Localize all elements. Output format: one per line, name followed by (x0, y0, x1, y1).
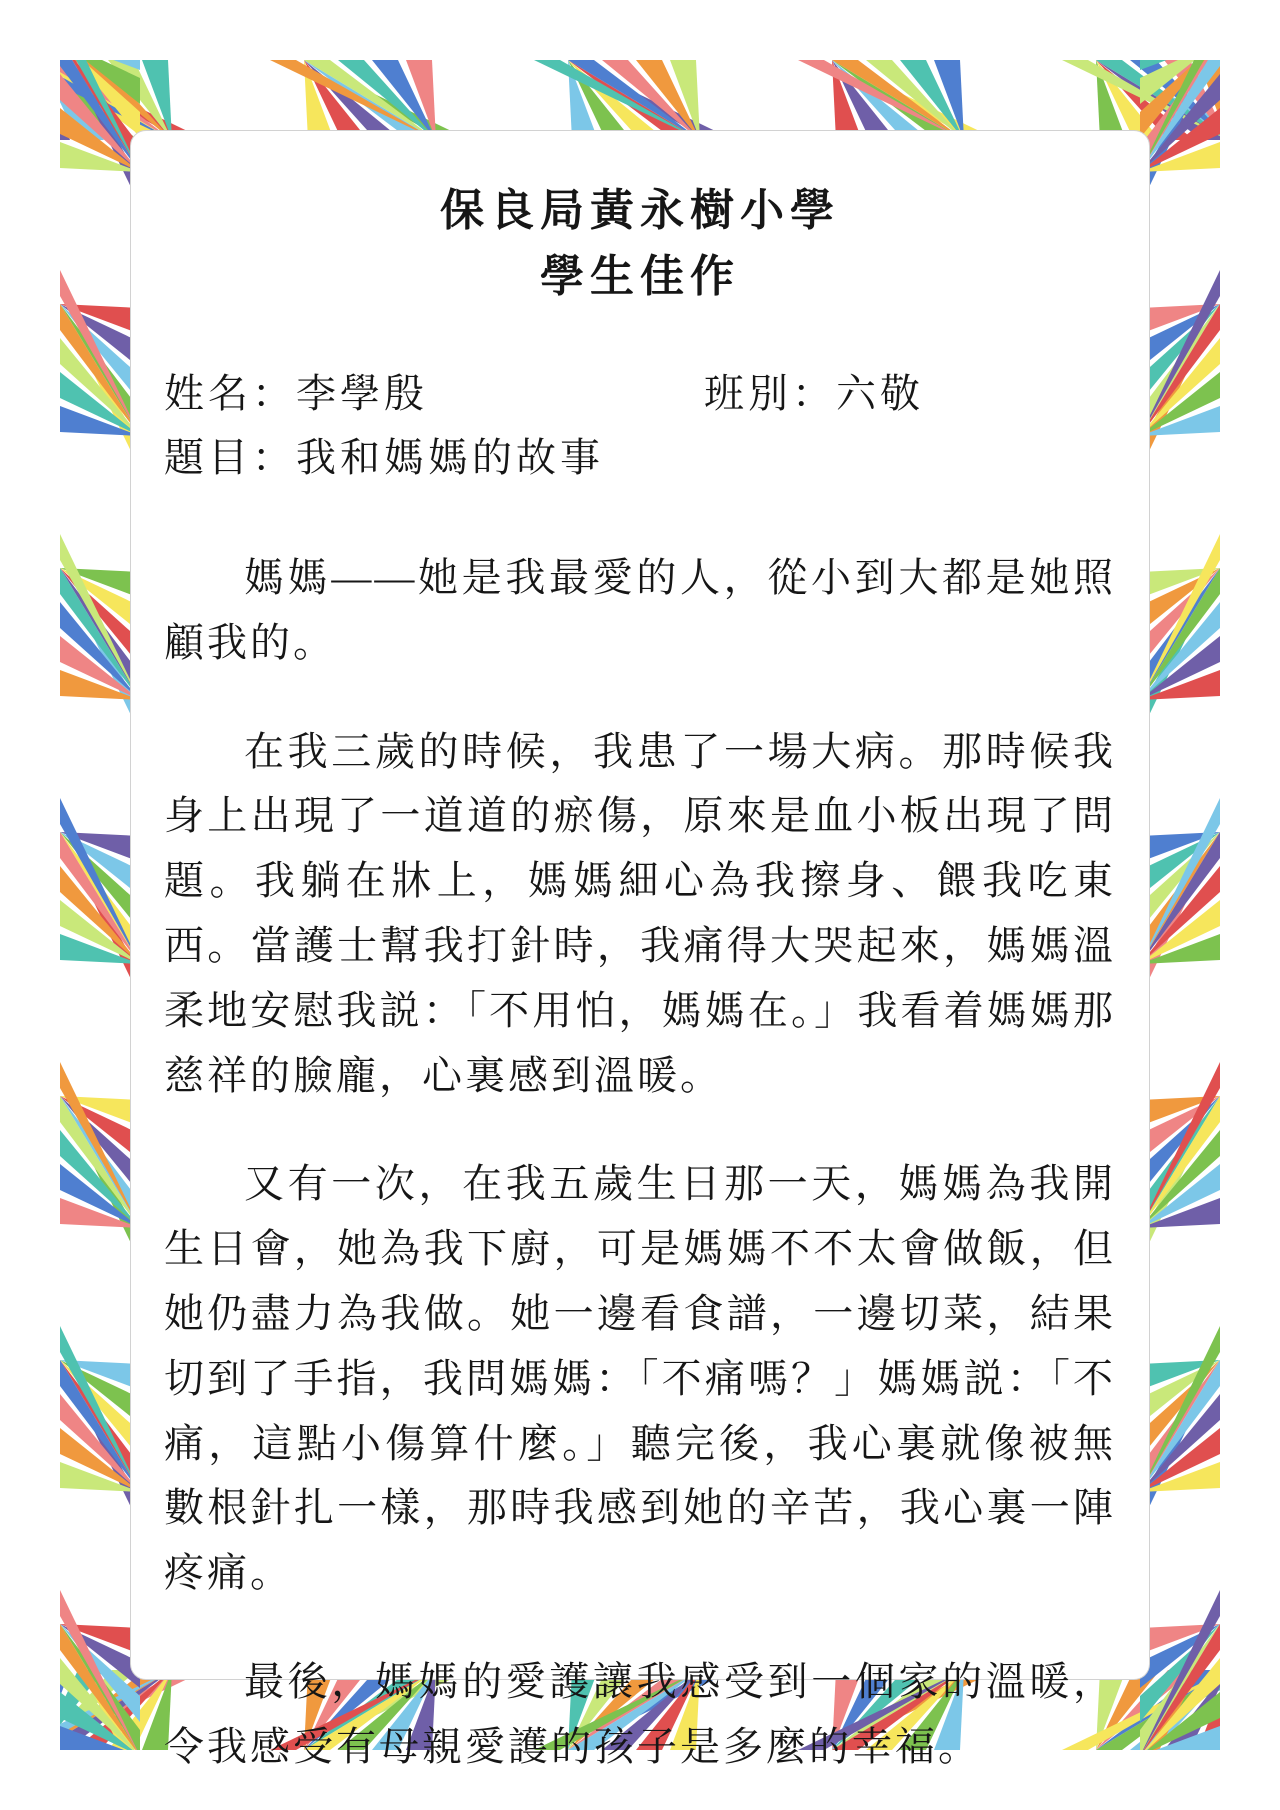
student-name-field: 姓名：李學殷 (164, 362, 704, 426)
topic-value: 我和媽媽的故事 (296, 435, 604, 480)
meta-row-name-class: 姓名：李學殷 班別：六敬 (164, 362, 1116, 426)
meta-row-topic: 題目：我和媽媽的故事 (164, 426, 1116, 490)
school-name: 保良局黃永樹小學 (164, 178, 1116, 244)
essay-paragraph: 最後，媽媽的愛護讓我感受到一個家的溫暖，令我感受有母親愛護的孩子是多麼的幸福。 (164, 1650, 1116, 1780)
topic-label: 題目： (164, 435, 296, 480)
meta-block: 姓名：李學殷 班別：六敬 題目：我和媽媽的故事 (164, 362, 1116, 490)
class-value: 六敬 (836, 371, 924, 416)
essay-content: 保良局黃永樹小學 學生佳作 姓名：李學殷 班別：六敬 題目：我和媽媽的故事 媽媽… (150, 150, 1130, 1660)
name-label: 姓名： (164, 371, 296, 416)
topic-field: 題目：我和媽媽的故事 (164, 426, 604, 490)
page-title: 保良局黃永樹小學 學生佳作 (164, 178, 1116, 310)
essay-paragraph: 又有一次，在我五歲生日那一天，媽媽為我開生日會，她為我下廚，可是媽媽不不太會做飯… (164, 1152, 1116, 1606)
essay-body: 媽媽——她是我最愛的人，從小到大都是她照顧我的。 在我三歲的時候，我患了一場大病… (164, 546, 1116, 1780)
name-value: 李學殷 (296, 371, 428, 416)
class-field: 班別：六敬 (704, 362, 924, 426)
essay-paragraph: 在我三歲的時候，我患了一場大病。那時候我身上出現了一道道的瘀傷，原來是血小板出現… (164, 720, 1116, 1109)
essay-page: 保良局黃永樹小學 學生佳作 姓名：李學殷 班別：六敬 題目：我和媽媽的故事 媽媽… (0, 0, 1280, 1810)
class-label: 班別： (704, 371, 836, 416)
essay-paragraph: 媽媽——她是我最愛的人，從小到大都是她照顧我的。 (164, 546, 1116, 676)
document-subtitle: 學生佳作 (164, 244, 1116, 310)
